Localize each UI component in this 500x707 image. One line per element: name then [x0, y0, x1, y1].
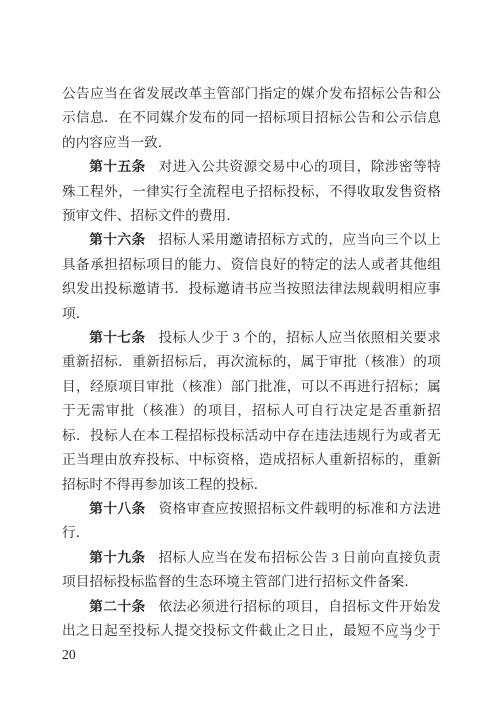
paragraph-article-19: 第十九条招标人应当在发布招标公告 3 日前向直接负责项目招标投标监督的生态环境主…	[62, 546, 441, 595]
article-heading: 第十六条	[89, 232, 146, 247]
paragraph-article-17: 第十七条投标人少于 3 个的，招标人应当依照相关要求重新招标．重新招标后，再次流…	[62, 326, 441, 497]
article-heading: 第十九条	[89, 550, 145, 565]
article-heading: 第十七条	[89, 330, 145, 345]
document-text-block: 公告应当在省发展改革主管部门指定的媒介发布招标公告和公示信息．在不同媒介发布的同…	[62, 82, 441, 668]
paragraph-article-15: 第十五条对进入公共资源交易中心的项目，除涉密等特殊工程外，一律实行全流程电子招标…	[62, 155, 441, 228]
paragraph: 公告应当在省发展改革主管部门指定的媒介发布招标公告和公示信息．在不同媒介发布的同…	[62, 82, 441, 155]
paragraph-article-18: 第十八条资格审查应按照招标文件载明的标准和方法进行．	[62, 497, 441, 546]
paragraph-text: 投标人少于 3 个的，招标人应当依照相关要求重新招标．重新招标后，再次流标的，属…	[62, 330, 441, 491]
page-number: - 7 -	[378, 629, 442, 644]
article-heading: 第二十条	[89, 599, 146, 614]
article-heading: 第十八条	[89, 501, 146, 516]
paragraph-article-16: 第十六条招标人采用邀请招标方式的，应当向三个以上具备承担招标项目的能力、资信良好…	[62, 228, 441, 326]
paragraph-text: 公告应当在省发展改革主管部门指定的媒介发布招标公告和公示信息．在不同媒介发布的同…	[62, 86, 441, 150]
document-page: 公告应当在省发展改革主管部门指定的媒介发布招标公告和公示信息．在不同媒介发布的同…	[0, 0, 500, 707]
article-heading: 第十五条	[89, 159, 146, 174]
